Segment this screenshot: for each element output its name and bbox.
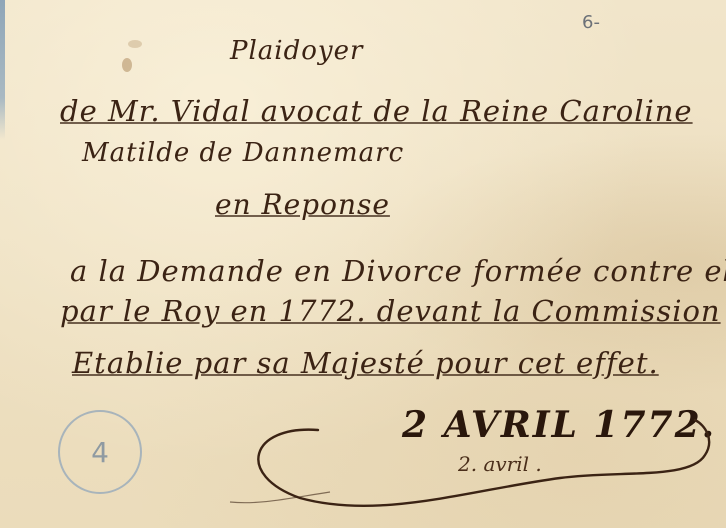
pen-flourish-icon	[0, 0, 726, 528]
manuscript-page: 6- Plaidoyer de Mr. Vidal avocat de la R…	[0, 0, 726, 528]
